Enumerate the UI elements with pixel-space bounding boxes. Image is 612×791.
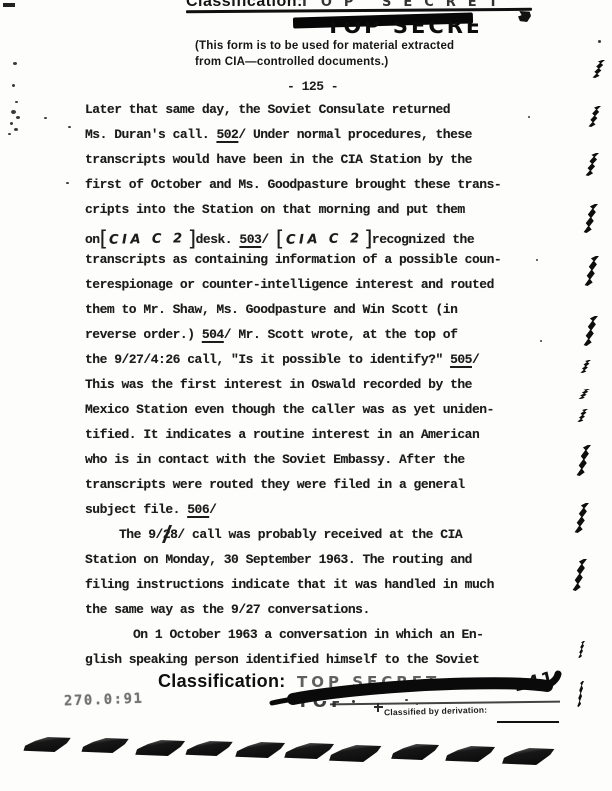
text-run: On 1 October 1963 a conversation in whic… <box>133 627 483 642</box>
scan-speck <box>528 116 530 118</box>
text-run: Ms. Duran's call. <box>85 127 216 142</box>
handwritten-bracket: ] <box>364 227 372 251</box>
derivation-label: Classified by derivation: <box>384 705 487 718</box>
scan-artifact-bottom <box>232 742 287 758</box>
bottom-classification-label: Classification: <box>158 671 286 692</box>
body-line: The 9/28/ call was probably received at … <box>85 527 555 552</box>
body-line: terespionage or counter-intelligence int… <box>85 277 555 302</box>
overstruck-char: 2 <box>163 527 170 542</box>
scan-artifact-dash <box>3 3 15 7</box>
scan-speck <box>14 128 18 131</box>
scan-artifact-right-edge <box>583 204 598 233</box>
scan-artifact-right-edge <box>576 445 591 476</box>
scan-speck <box>416 703 418 705</box>
text-run: transcripts would have been in the CIA S… <box>85 152 472 167</box>
body-line: subject file. 506/ <box>85 502 555 527</box>
text-run: cripts into the Station on that morning … <box>85 202 465 217</box>
text-run: transcripts were routed they were filed … <box>85 477 465 492</box>
text-run: Mexico Station even though the caller wa… <box>85 402 494 417</box>
text-run: the same way as the 9/27 conversations. <box>85 602 370 617</box>
body-line: on[ CIA C 2 ]desk. 503/ [CIA C 2]recogni… <box>85 227 555 252</box>
scan-artifact-right-edge <box>577 409 588 422</box>
body-line: On 1 October 1963 a conversation in whic… <box>85 627 555 652</box>
text-run: recognized the <box>372 232 474 247</box>
document-scan-page: Classification: TOP SECRET TOP SECRET (T… <box>0 0 612 791</box>
body-line: This was the first interest in Oswald re… <box>85 377 555 402</box>
derivation-blank-line <box>497 721 559 723</box>
text-run: glish speaking person identified himself… <box>85 652 479 667</box>
scan-speck <box>15 101 18 103</box>
body-line: the same way as the 9/27 conversations. <box>85 602 555 627</box>
scan-artifact-right-edge <box>584 256 599 286</box>
text-run: terespionage or counter-intelligence int… <box>85 277 494 292</box>
top-secret-stamp-text: TOP SECRET <box>326 22 478 38</box>
scan-speck <box>12 84 15 87</box>
text-run: This was the first interest in Oswald re… <box>85 377 472 392</box>
text-run: 8/ call was probably received at the CIA <box>170 527 462 542</box>
text-run: The 9/ <box>119 527 163 542</box>
text-run: who is in contact with the Soviet Embass… <box>85 452 465 467</box>
scan-speck <box>44 117 47 119</box>
text-run: them to Mr. Shaw, Ms. Goodpasture and Wi… <box>85 302 457 317</box>
body-line: transcripts would have been in the CIA S… <box>85 152 555 177</box>
text-run: Later that same day, the Soviet Consulat… <box>85 102 450 117</box>
scan-artifact-bottom <box>132 740 187 756</box>
scan-artifact-right-edge <box>592 60 605 78</box>
scan-artifact-right-edge <box>583 316 598 346</box>
scan-artifact-right-edge <box>578 389 590 399</box>
scan-artifact-bottom <box>20 737 72 752</box>
handwritten-bracket: [ <box>276 227 284 251</box>
text-run: the 9/27/4:26 call, "Is it possible to i… <box>85 352 450 367</box>
scan-artifact-bottom <box>442 746 497 762</box>
text-run: subject file. <box>85 502 187 517</box>
body-line: Station on Monday, 30 September 1963. Th… <box>85 552 555 577</box>
text-run: desk. <box>196 232 240 247</box>
text-run: filing instructions indicate that it was… <box>85 577 494 592</box>
body-line: transcripts were routed they were filed … <box>85 477 555 502</box>
handwritten-insert: CIA C 2 <box>283 231 364 248</box>
scan-speck <box>11 110 16 114</box>
scan-speck <box>16 116 20 119</box>
scan-speck <box>8 133 11 135</box>
scan-artifact-bottom <box>182 741 234 756</box>
text-run: / <box>261 232 276 247</box>
body-line: Later that same day, the Soviet Consulat… <box>85 102 555 127</box>
body-line: cripts into the Station on that morning … <box>85 202 555 227</box>
form-blank-line <box>330 701 560 706</box>
handwritten-insert: CIA C 2 <box>107 231 188 248</box>
scan-artifact-right-edge <box>577 681 584 707</box>
body-line: filing instructions indicate that it was… <box>85 577 555 602</box>
footnote-ref: 502 <box>216 127 238 142</box>
body-line: transcripts as containing information of… <box>85 252 555 277</box>
body-line: them to Mr. Shaw, Ms. Goodpasture and Wi… <box>85 302 555 327</box>
text-run: transcripts as containing information of… <box>85 252 501 267</box>
scan-speck <box>540 340 542 342</box>
body-line: tified. It indicates a routine interest … <box>85 427 555 452</box>
scan-speck <box>352 700 355 703</box>
footnote-ref: 505 <box>450 352 472 367</box>
scan-artifact-right-edge <box>578 641 585 658</box>
scan-speck <box>68 126 71 128</box>
scan-speck <box>66 182 69 184</box>
handwritten-bracket: ] <box>188 227 196 251</box>
scan-artifact-right-edge <box>572 559 587 591</box>
scan-speck <box>405 699 408 701</box>
text-run: Station on Monday, 30 September 1963. Th… <box>85 552 472 567</box>
scan-artifact-bottom <box>325 745 382 762</box>
scan-artifact-right-edge <box>588 106 601 127</box>
body-line: first of October and Ms. Goodpasture bro… <box>85 177 555 202</box>
text-run: reverse order.) <box>85 327 202 342</box>
form-note-line1: (This form is to be used for material ex… <box>195 38 454 54</box>
scan-speck <box>536 259 538 261</box>
scan-artifact-bottom <box>78 738 130 753</box>
footnote-ref: 504 <box>202 327 224 342</box>
body-line: the 9/27/4:26 call, "Is it possible to i… <box>85 352 555 377</box>
text-run: / Mr. Scott wrote, at the top of <box>224 327 458 342</box>
form-note: (This form is to be used for material ex… <box>195 38 454 70</box>
stamp-artifact <box>377 703 379 712</box>
scan-artifact-bottom <box>498 748 555 765</box>
form-note-line2: from CIA—controlled documents.) <box>195 54 454 70</box>
body-line: Mexico Station even though the caller wa… <box>85 402 555 427</box>
body-line: who is in contact with the Soviet Embass… <box>85 452 555 477</box>
scan-speck <box>598 40 601 43</box>
scan-artifact-bottom <box>388 744 441 760</box>
scan-artifact-bottom <box>281 743 336 759</box>
body-line: Ms. Duran's call. 502/ Under normal proc… <box>85 127 555 152</box>
scan-speck <box>10 122 13 125</box>
text-run: / <box>472 352 479 367</box>
text-run: / Under normal procedures, these <box>238 127 472 142</box>
scan-speck <box>13 62 17 65</box>
body-line: reverse order.) 504/ Mr. Scott wrote, at… <box>85 327 555 352</box>
page-number: - 125 - <box>287 79 338 94</box>
struck-stamp-text: TOP SECRET <box>297 673 440 691</box>
scan-artifact-right-edge <box>585 153 599 176</box>
footnote-ref: 506 <box>187 502 209 517</box>
text-run: on <box>85 232 100 247</box>
faint-stamp-number: 270.0:91 <box>64 691 144 710</box>
footnote-ref: 503 <box>239 232 261 247</box>
text-run: tified. It indicates a routine interest … <box>85 427 479 442</box>
scan-artifact-right-edge <box>580 360 591 373</box>
text-run: first of October and Ms. Goodpasture bro… <box>85 177 501 192</box>
scan-artifact-right-edge <box>574 503 589 533</box>
document-body: Later that same day, the Soviet Consulat… <box>85 102 555 677</box>
text-run: / <box>209 502 216 517</box>
